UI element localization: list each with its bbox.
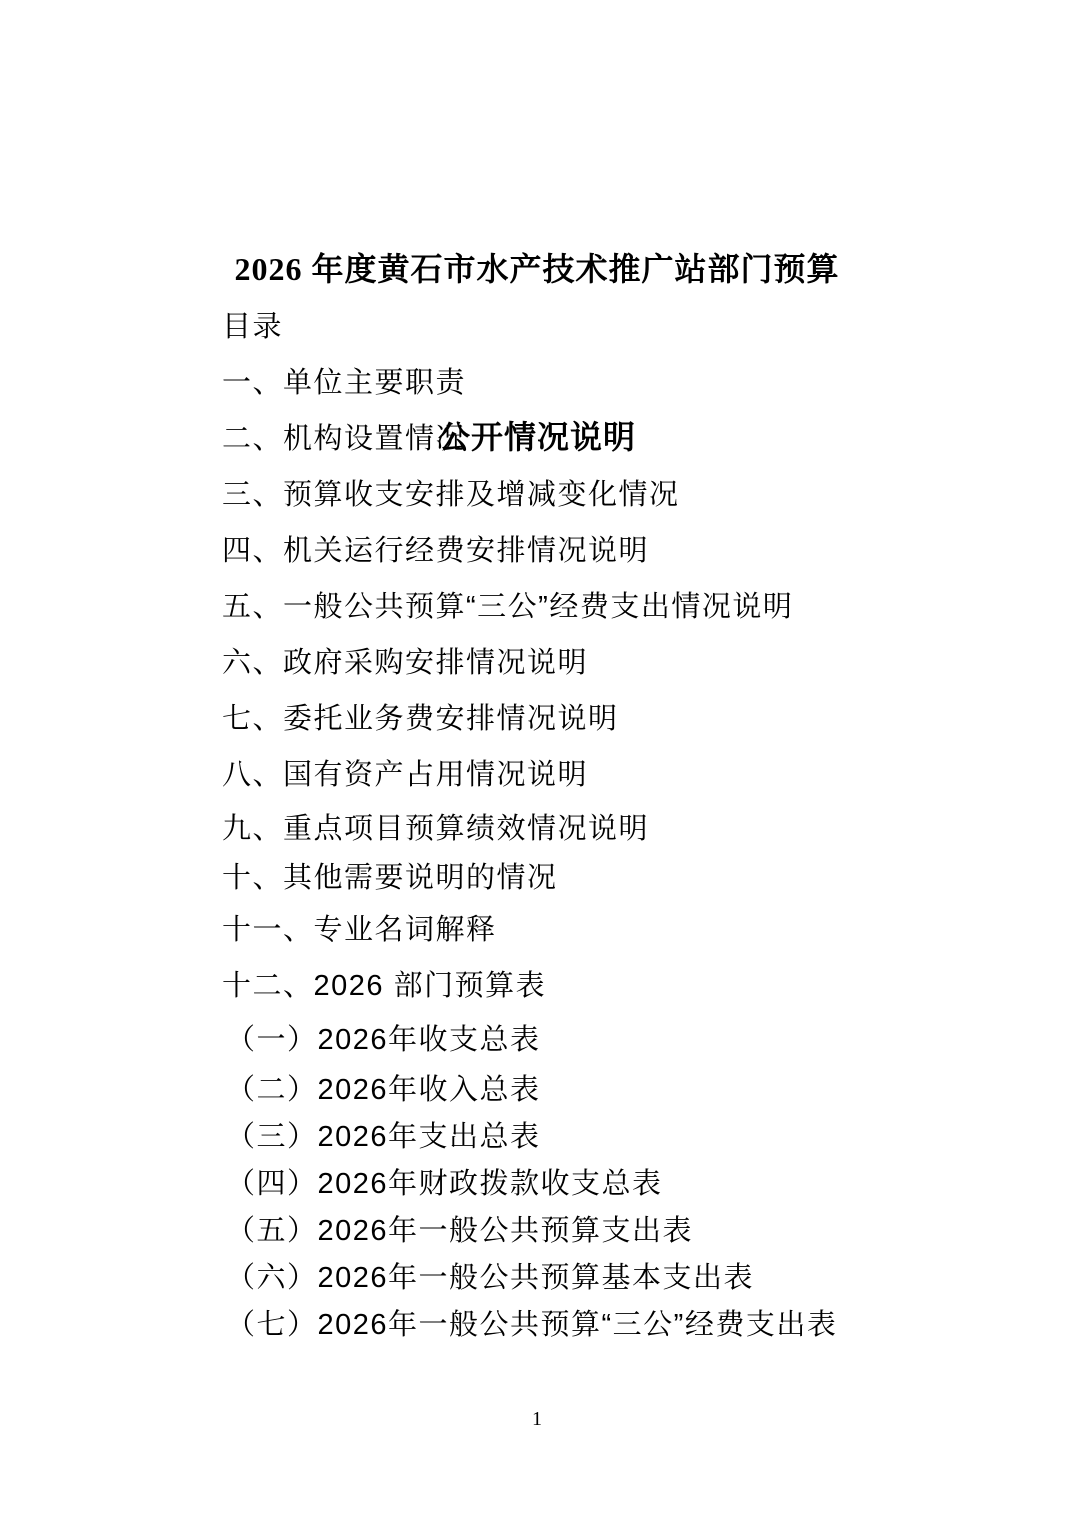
toc-item-2: 二、机构设置情况 [222, 411, 974, 467]
title-line-1: 2026 年度黄石市水产技术推广站部门预算 [0, 241, 1074, 297]
toc-item-11: 十一、专业名词解释 [222, 902, 974, 958]
toc-subitem-3: （三）2026年支出总表 [222, 1114, 974, 1161]
toc-item-3: 三、预算收支安排及增减变化情况 [222, 467, 974, 523]
toc-item-6: 六、政府采购安排情况说明 [222, 635, 974, 691]
toc-item-4: 四、机关运行经费安排情况说明 [222, 523, 974, 579]
toc-heading: 目录 [222, 299, 974, 355]
toc-subitem-2: （二）2026年收入总表 [222, 1067, 974, 1114]
toc-subitem-7: （七）2026年一般公共预算“三公”经费支出表 [222, 1302, 974, 1349]
table-of-contents: 目录 一、单位主要职责 二、机构设置情况 三、预算收支安排及增减变化情况 四、机… [222, 299, 974, 1349]
toc-subitem-1: （一）2026年收支总表 [222, 1014, 974, 1067]
toc-subitem-4: （四）2026年财政拨款收支总表 [222, 1161, 974, 1208]
toc-item-5: 五、一般公共预算“三公”经费支出情况说明 [222, 579, 974, 635]
document-page: 2026 年度黄石市水产技术推广站部门预算 公开情况说明 目录 一、单位主要职责… [0, 0, 1074, 1520]
toc-item-8: 八、国有资产占用情况说明 [222, 747, 974, 803]
toc-item-1: 一、单位主要职责 [222, 355, 974, 411]
page-number: 1 [0, 1405, 1074, 1433]
toc-subitem-6: （六）2026年一般公共预算基本支出表 [222, 1255, 974, 1302]
toc-item-10: 十、其他需要说明的情况 [222, 855, 974, 902]
toc-item-7: 七、委托业务费安排情况说明 [222, 691, 974, 747]
toc-item-9: 九、重点项目预算绩效情况说明 [222, 803, 974, 855]
toc-subitem-5: （五）2026年一般公共预算支出表 [222, 1208, 974, 1255]
toc-item-12: 十二、2026 部门预算表 [222, 958, 974, 1014]
